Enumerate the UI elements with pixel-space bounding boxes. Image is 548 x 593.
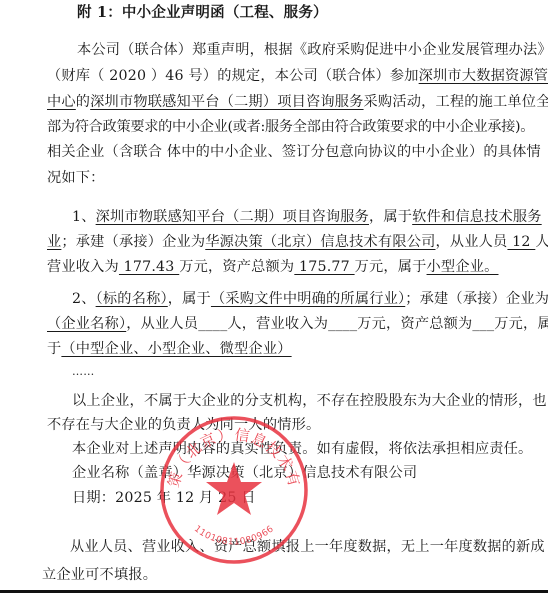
document-title: 附 1：中小企业声明函（工程、服务） bbox=[77, 3, 328, 23]
para1-line4: 部为符合政策要求的中小企业(或者:服务全部由符合政策要求的中小企业承接)。 bbox=[47, 117, 534, 137]
item2-line2: （企业名称），从业人员____人，营业收入为____万元，资产总额为___万元，… bbox=[47, 314, 548, 334]
item2-line1: 2、（标的名称），属于（采购文件中明确的所属行业）；承建（承接）企业为 bbox=[72, 289, 548, 309]
note-line1: 从业人员、营业收入、资产总额填报上一年度数据，无上一年度数据的新成 bbox=[70, 537, 545, 557]
para1-line6: 况如下： bbox=[47, 168, 105, 188]
item1-line1: 1、深圳市物联感知平台（二期）项目咨询服务，属于软件和信息技术服务 bbox=[72, 207, 542, 227]
para1-line1: 本公司（联合体）郑重声明，根据《政府采购促进中小企业发展管理办法》 bbox=[77, 40, 548, 60]
item2-line3: 于（中型企业、小型企业、微型企业） bbox=[47, 339, 292, 359]
item1-line2: 业；承建（承接）企业为华源决策（北京）信息技术有限公司，从业人员 12 人， bbox=[47, 232, 548, 252]
para1-line5: 相关企业（含联合 体中的中小企业、签订分包意向协议的中小企业）的具体情 bbox=[47, 142, 541, 162]
purchaser-name: 深圳市大数据资源管理 bbox=[419, 68, 548, 84]
para1-line2: （财库（ 2020 ）46 号）的规定，本公司（联合体）参加深圳市大数据资源管理 bbox=[47, 66, 548, 86]
para3: 本企业对上述声明内容的真实性负责。如有虚假，将依法承担相应责任。 bbox=[72, 439, 532, 459]
company-seal-line: 企业名称（盖章）华源决策（北京）信息技术有限公司 bbox=[72, 463, 417, 483]
para2-line1: 以上企业，不属于大企业的分支机构，不存在控股股东为大企业的情形，也 bbox=[72, 391, 547, 411]
project-name: 深圳市物联感知平台（二期）项目咨询服务 bbox=[90, 94, 363, 110]
item1-line3: 营业收入为 177.43 万元，资产总额为 175.77 万元，属于小型企业。 bbox=[47, 257, 499, 277]
enterprise-type: 小型企业。 bbox=[427, 259, 499, 275]
revenue-value: 177.43 bbox=[119, 259, 179, 275]
note-line2: 立企业可不填报。 bbox=[42, 565, 157, 585]
assets-value: 175.77 bbox=[294, 259, 354, 275]
para2-line2: 不存在与大企业的负责人为同一人的情形。 bbox=[47, 415, 320, 435]
company-name: 华源决策（北京）信息技术有限公司 bbox=[205, 234, 435, 250]
employees-value: 12 bbox=[507, 234, 535, 250]
date-line: 日期：2025 年 12 月 25 日 bbox=[72, 488, 256, 508]
para1-line3: 中心的深圳市物联感知平台（二期）项目咨询服务采购活动，工程的施工单位全 bbox=[47, 92, 548, 112]
ellipsis: …… bbox=[72, 362, 94, 382]
